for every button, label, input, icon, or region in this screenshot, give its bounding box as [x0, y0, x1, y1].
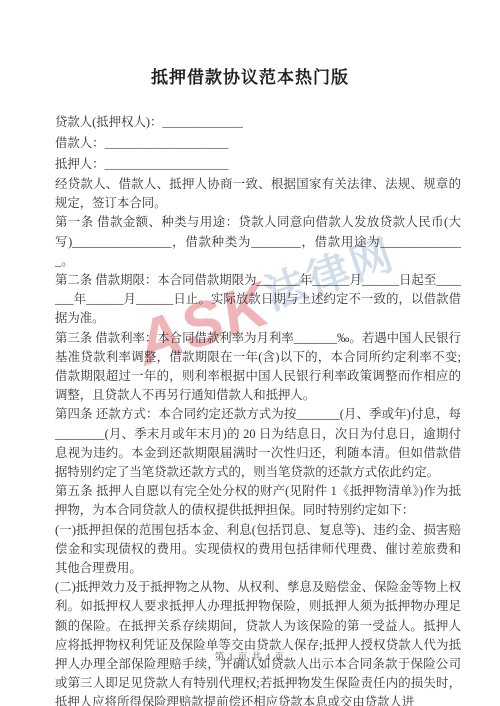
- contract-body: 贷款人(抵押权人)：_____________ 借款人：____________…: [55, 112, 461, 706]
- party-line-mortgagor: 抵押人：____________________: [55, 154, 461, 175]
- lender-label: 贷款人(抵押权人)：: [55, 115, 162, 129]
- party-line-lender: 贷款人(抵押权人)：_____________: [55, 112, 461, 133]
- paragraph-clause-5-item-1: (一)抵押担保的范围包括本金、利息(包括罚息、复息等)、违约金、损害赔偿金和实现…: [55, 521, 461, 579]
- borrower-blank: ____________________: [105, 136, 229, 150]
- party-line-borrower: 借款人：____________________: [55, 133, 461, 154]
- paragraph-clause-5-item-2: (二)抵押效力及于抵押物之从物、从权利、孳息及赔偿金、保险金等物上权利。如抵押权…: [55, 578, 461, 706]
- mortgagor-blank: ____________________: [105, 157, 229, 171]
- contract-document-page: 抵押借款协议范本热门版 ASK法律网 贷款人(抵押权人)：___________…: [0, 0, 500, 706]
- lender-blank: _____________: [162, 115, 243, 129]
- paragraph-preamble: 经贷款人、借款人、抵押人协商一致、根据国家有关法律、法规、规章的规定，签订本合同…: [55, 175, 461, 213]
- paragraph-clause-1: 第一条 借款金额、种类与用途：贷款人同意向借款人发放贷款人民币(大写)_____…: [55, 213, 461, 271]
- document-title: 抵押借款协议范本热门版: [0, 63, 500, 88]
- page-number-footer: 第 1 页 共 4 页: [0, 649, 500, 663]
- paragraph-clause-2: 第二条 借款期限：本合同借款期限为_______年______月______日起…: [55, 271, 461, 329]
- paragraph-clause-4: 第四条 还款方式：本合同约定还款方式为按_______(月、季或年)付息，每__…: [55, 405, 461, 482]
- borrower-label: 借款人：: [55, 136, 105, 150]
- paragraph-clause-3: 第三条 借款利率：本合同借款利率为月利率_______‰。若遇中国人民银行基准贷…: [55, 329, 461, 406]
- paragraph-clause-5: 第五条 抵押人自愿以有完全处分权的财产(见附件 1《抵押物清单》)作为抵押物，为…: [55, 482, 461, 520]
- mortgagor-label: 抵押人：: [55, 157, 105, 171]
